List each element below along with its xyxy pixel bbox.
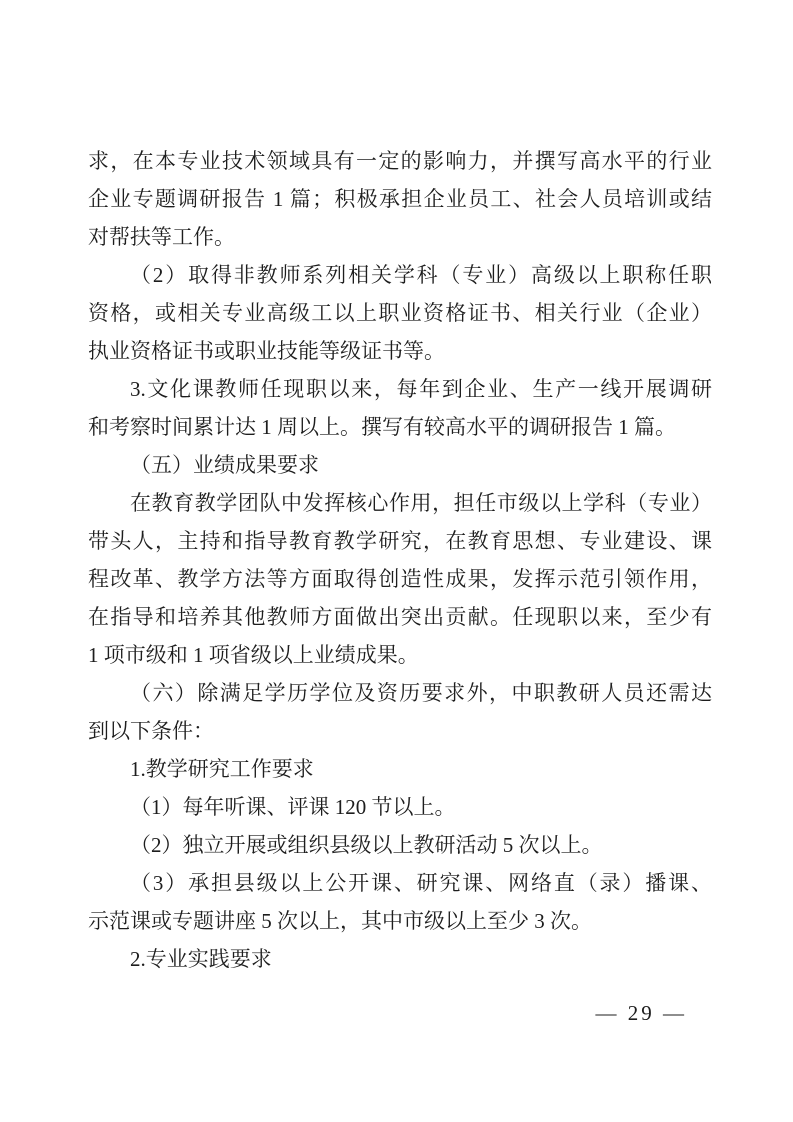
- text-line: 程改革、教学方法等方面取得创造性成果，发挥示范引领作用，: [88, 560, 712, 598]
- text-line: 在指导和培养其他教师方面做出突出贡献。任现职以来，至少有: [88, 598, 712, 636]
- text-line: （2）独立开展或组织县级以上教研活动 5 次以上。: [88, 826, 712, 864]
- document-body: 求，在本专业技术领域具有一定的影响力，并撰写高水平的行业企业专题调研报告 1 篇…: [88, 142, 712, 978]
- text-line: 企业专题调研报告 1 篇；积极承担企业员工、社会人员培训或结: [88, 180, 712, 218]
- text-line: 到以下条件：: [88, 712, 712, 750]
- text-line: （五）业绩成果要求: [88, 446, 712, 484]
- text-line: 求，在本专业技术领域具有一定的影响力，并撰写高水平的行业: [88, 142, 712, 180]
- document-page: 求，在本专业技术领域具有一定的影响力，并撰写高水平的行业企业专题调研报告 1 篇…: [0, 0, 793, 1122]
- text-line: 3.文化课教师任现职以来，每年到企业、生产一线开展调研: [88, 370, 712, 408]
- text-line: 1 项市级和 1 项省级以上业绩成果。: [88, 636, 712, 674]
- text-line: 2.专业实践要求: [88, 940, 712, 978]
- text-line: （六）除满足学历学位及资历要求外，中职教研人员还需达: [88, 674, 712, 712]
- text-line: 示范课或专题讲座 5 次以上，其中市级以上至少 3 次。: [88, 902, 712, 940]
- text-line: 执业资格证书或职业技能等级证书等。: [88, 332, 712, 370]
- text-line: （3）承担县级以上公开课、研究课、网络直（录）播课、: [88, 864, 712, 902]
- text-line: （2）取得非教师系列相关学科（专业）高级以上职称任职: [88, 256, 712, 294]
- text-line: 对帮扶等工作。: [88, 218, 712, 256]
- text-line: 资格，或相关专业高级工以上职业资格证书、相关行业（企业）: [88, 294, 712, 332]
- text-line: 在教育教学团队中发挥核心作用，担任市级以上学科（专业）: [88, 484, 712, 522]
- page-number: — 29 —: [596, 998, 688, 1028]
- text-line: 1.教学研究工作要求: [88, 750, 712, 788]
- text-line: （1）每年听课、评课 120 节以上。: [88, 788, 712, 826]
- text-line: 带头人，主持和指导教育教学研究，在教育思想、专业建设、课: [88, 522, 712, 560]
- text-line: 和考察时间累计达 1 周以上。撰写有较高水平的调研报告 1 篇。: [88, 408, 712, 446]
